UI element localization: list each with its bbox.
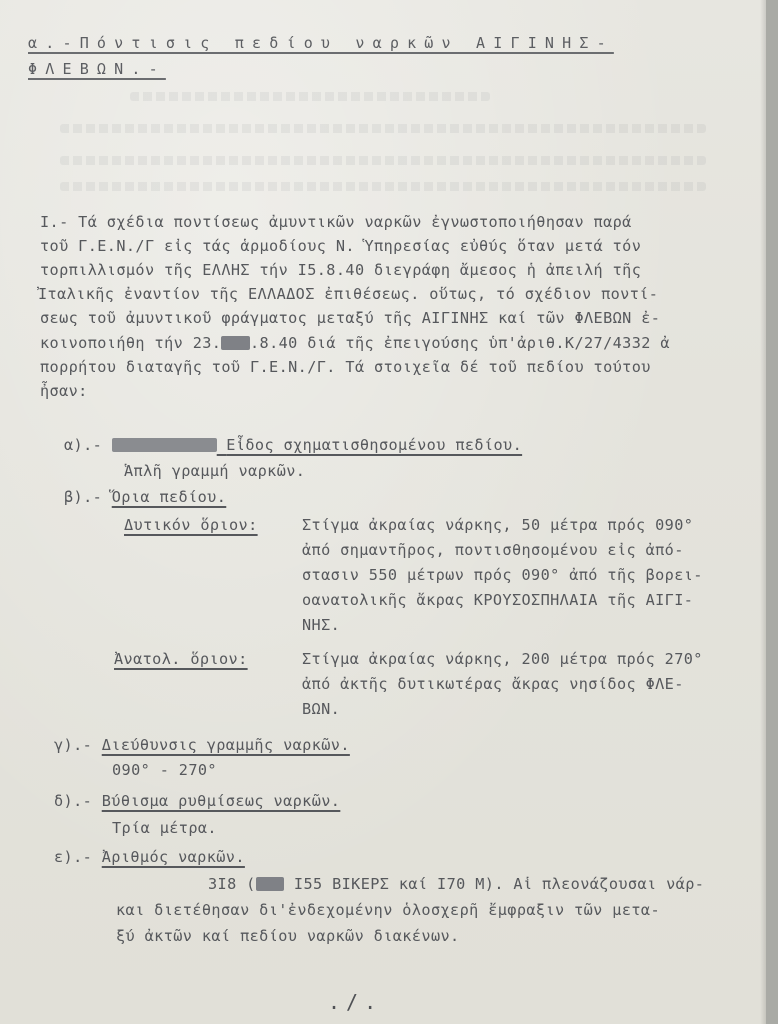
- item-e-heading: Ἀριθμός ναρκῶν.: [102, 848, 245, 866]
- east-boundary-text: ἀπό ἀκτῆς δυτικωτέρας ἄκρας νησίδος ΦΛΕ-: [302, 675, 684, 693]
- paragraph-text: κοινοποιήθη τήν 23.: [40, 334, 221, 352]
- redaction-mark: XXX: [221, 336, 250, 350]
- paragraph-line: τορπιλλισμόν τῆς ΕΛΛΗΣ τήν Ι5.8.40 διεγρ…: [40, 261, 641, 279]
- item-e-text: 3Ι8 (XXX Ι55 ΒΙΚΕΡΣ καί Ι70 Μ). Αἱ πλεον…: [208, 875, 704, 893]
- item-b-label: β).-: [64, 488, 102, 506]
- item-c-text: 090° - 270°: [112, 761, 217, 779]
- item-a: α).- XXXXXXXXXXX Εἶδος σχηματισθησομένου…: [64, 436, 522, 454]
- east-boundary-text: ΒΩΝ.: [302, 700, 340, 718]
- item-a-heading: XXXXXXXXXXX Εἶδος σχηματισθησομένου πεδί…: [112, 436, 522, 454]
- paragraph-line: Ι.- Τά σχέδια ποντίσεως ἀμυντικῶν ναρκῶν…: [40, 213, 632, 231]
- page-continuation-mark: ./.: [328, 990, 382, 1014]
- redaction-mark: XXX: [256, 877, 285, 891]
- paragraph-line: τοῦ Γ.Ε.Ν./Γ εἰς τάς ἁρμοδίους Ν. Ὑπηρεσ…: [40, 237, 641, 255]
- paragraph-line: Ἰταλικῆς ἐναντίον τῆς ΕΛΛΑΔΟΣ ἐπιθέσεως.…: [38, 285, 658, 303]
- item-c-heading: Διεύθυνσις γραμμῆς ναρκῶν.: [102, 736, 350, 754]
- west-boundary-text: ἀπό σημαντῆρος, ποντισθησομένου εἰς ἀπό-: [302, 541, 684, 559]
- paragraph-line: ἦσαν:: [40, 382, 88, 400]
- bleed-through-text: [60, 156, 706, 165]
- item-d-heading: Βύθισμα ρυθμίσεως ναρκῶν.: [102, 792, 341, 810]
- west-boundary-text: στασιν 550 μέτρων πρός 090° ἀπό τῆς βορε…: [302, 566, 703, 584]
- item-c-label: γ).-: [54, 736, 92, 754]
- item-b-heading: Ὅρια πεδίου.: [112, 488, 227, 506]
- item-b: β).- Ὅρια πεδίου.: [64, 488, 226, 506]
- item-a-text: Ἁπλῆ γραμμή ναρκῶν.: [124, 462, 305, 480]
- east-boundary-label: Ἀνατολ. ὅριον:: [114, 650, 248, 668]
- paragraph-line: σεως τοῦ ἀμυντικοῦ φράγματος μεταξύ τῆς …: [40, 309, 660, 327]
- item-d-label: δ).-: [54, 792, 92, 810]
- east-boundary-text: Στίγμα ἀκραίας νάρκης, 200 μέτρα πρός 27…: [302, 650, 703, 668]
- west-boundary-text: ΝΗΣ.: [302, 616, 340, 634]
- document-title-line2: ΦΛΕΒΩΝ.-: [28, 60, 166, 78]
- west-boundary-text: οανατολικῆς ἄκρας ΚΡΟΥΣΟΣΠΗΛΑΙΑ τῆς ΑΙΓΙ…: [302, 591, 693, 609]
- item-e-label: ε).-: [54, 848, 92, 866]
- item-e-text: και διετέθησαν δι'ἐνδεχομένην ὁλοσχερῆ ἔ…: [116, 901, 660, 919]
- item-a-label: α).-: [64, 436, 102, 454]
- bleed-through-text: [60, 124, 706, 133]
- document-page: α.-Πόντισις πεδίου ναρκῶν ΑΙΓΙΝΗΣ- ΦΛΕΒΩ…: [0, 0, 766, 1024]
- paragraph-text: .8.40 διά τῆς ἐπειγούσης ὑπ'ἀριθ.Κ/27/43…: [250, 334, 670, 352]
- document-title-line1: α.-Πόντισις πεδίου ναρκῶν ΑΙΓΙΝΗΣ-: [28, 34, 614, 52]
- paragraph-line: κοινοποιήθη τήν 23.XXX.8.40 διά τῆς ἐπει…: [40, 334, 670, 352]
- west-boundary-text: Στίγμα ἀκραίας νάρκης, 50 μέτρα πρός 090…: [302, 516, 693, 534]
- item-c: γ).- Διεύθυνσις γραμμῆς ναρκῶν.: [54, 736, 350, 754]
- item-d-text: Τρία μέτρα.: [112, 819, 217, 837]
- item-e: ε).- Ἀριθμός ναρκῶν.: [54, 848, 245, 866]
- west-boundary-label: Δυτικόν ὅριον:: [124, 516, 258, 534]
- bleed-through-text: [130, 92, 490, 101]
- strikeout-mark: XXXXXXXXXXX: [112, 438, 217, 452]
- paragraph-line: πορρήτου διαταγῆς τοῦ Γ.Ε.Ν./Γ. Τά στοιχ…: [40, 358, 651, 376]
- bleed-through-text: [60, 182, 706, 191]
- item-e-text: ξύ ἀκτῶν καί πεδίου ναρκῶν διακένων.: [116, 927, 460, 945]
- item-d: δ).- Βύθισμα ρυθμίσεως ναρκῶν.: [54, 792, 340, 810]
